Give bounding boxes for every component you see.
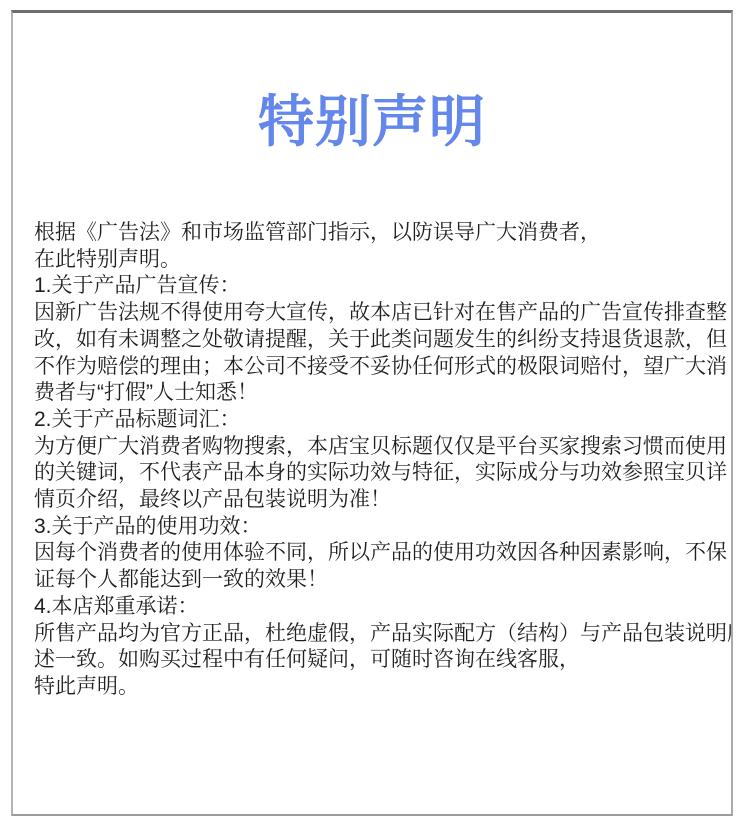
text-line: 所售产品均为官方正品，杜绝虚假，产品实际配方（结构）与产品包装说明所 [34,621,733,648]
text-line: 在此特别声明。 [34,247,733,274]
text-line: 因新广告法规不得使用夸大宣传，故本店已针对在售产品的广告宣传排查整 [34,300,733,327]
text-line: 述一致。如购买过程中有任何疑问，可随时咨询在线客服， [34,647,733,674]
text-line: 特此声明。 [34,674,733,701]
statement-page: 特别声明 根据《广告法》和市场监管部门指示，以防误导广大消费者，在此特别声明。1… [11,10,733,816]
text-line: 根据《广告法》和市场监管部门指示，以防误导广大消费者， [34,220,733,247]
text-line: 为方便广大消费者购物搜索，本店宝贝标题仅仅是平台买家搜索习惯而使用 [34,434,733,461]
text-line: 情页介绍，最终以产品包装说明为准！ [34,487,733,514]
page-title: 特别声明 [13,93,731,151]
text-line: 2.关于产品标题词汇： [34,407,733,434]
text-line: 3.关于产品的使用功效： [34,514,733,541]
text-line: 4.本店郑重承诺： [34,594,733,621]
text-line: 费者与“打假”人士知悉！ [34,380,733,407]
statement-text: 根据《广告法》和市场监管部门指示，以防误导广大消费者，在此特别声明。1.关于产品… [34,220,733,701]
text-line: 改，如有未调整之处敬请提醒，关于此类问题发生的纠纷支持退货退款，但 [34,327,733,354]
text-line: 因每个消费者的使用体验不同，所以产品的使用功效因各种因素影响，不保 [34,540,733,567]
text-line: 证每个人都能达到一致的效果！ [34,567,733,594]
text-line: 不作为赔偿的理由；本公司不接受不妥协任何形式的极限词赔付，望广大消 [34,354,733,381]
text-line: 1.关于产品广告宣传： [34,273,733,300]
text-line: 的关键词，不代表产品本身的实际功效与特征，实际成分与功效参照宝贝详 [34,460,733,487]
